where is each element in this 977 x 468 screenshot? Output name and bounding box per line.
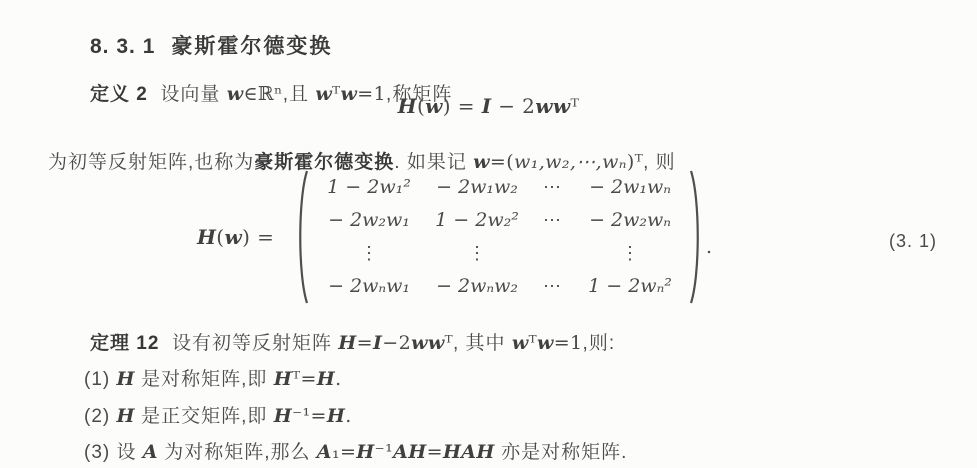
text-segment: ᵀ [571,94,580,118]
theorem-item-2: (2) H 是正交矩阵,即 H⁻¹=H. [84,404,352,429]
matrix-grid: 1 − 2w₁²− 2w₁w₂⋯− 2w₁wₙ− 2w₂w₁1 − 2w₂²⋯−… [309,171,689,303]
text-segment: = [311,405,327,427]
text-segment: ) = [242,225,281,249]
text-segment: − 2 [491,94,535,118]
text-segment: 亦是对称矩阵. [495,442,628,463]
text-segment: =1 [554,332,583,354]
text-segment: HAH [443,441,495,463]
text-segment: H [356,441,374,463]
section-heading: 8. 3. 1豪斯霍尔德变换 [90,30,332,60]
text-segment: ,则: [583,333,616,354]
text-segment: 是对称矩阵,即 [135,369,274,390]
text-segment: A [143,441,158,463]
matrix-cell: ⋯ [543,204,561,237]
matrix-cell: − 2w₂w₁ [328,204,410,237]
text-segment: ) = [443,94,482,118]
theorem-item-1: (1) H 是对称矩阵,即 Hᵀ=H. [84,367,342,392]
matrix-cell: − 2w₂wₙ [589,204,671,237]
text-segment: H [398,94,417,118]
matrix-cell: ⋮ [360,237,378,270]
text-segment: ( [216,225,224,249]
text-segment: H [117,405,135,427]
definition-equation: H(w) = I − 2wwᵀ [0,94,977,119]
text-segment: = [340,441,356,463]
text-segment: (1) [84,369,117,390]
text-segment: H [274,405,292,427]
text-segment: . [335,368,341,390]
section-number: 8. 3. 1 [90,35,155,58]
section-title: 豪斯霍尔德变换 [171,35,332,58]
text-segment: I [482,94,492,118]
text-segment: w [225,225,243,249]
equation-number: (3. 1) [889,231,937,252]
matrix-cell: − 2w₁w₂ [436,171,518,204]
matrix-cell: 1 − 2w₁² [327,171,411,204]
text-segment: ww [411,332,445,354]
text-segment: ₁ [332,441,340,463]
text-segment: = [357,332,373,354]
text-segment: ww [535,94,570,118]
text-segment: = [300,368,316,390]
text-segment: w [425,94,443,118]
text-segment: = [427,441,443,463]
matrix-lhs: H(w) = [197,225,281,250]
matrix-right-paren-shape [689,169,703,305]
theorem-item-3: (3) 设 A 为对称矩阵,那么 A₁=H⁻¹AH=HAH 亦是对称矩阵. [84,440,627,465]
matrix-cell: − 2wₙw₁ [328,270,410,303]
matrix-cell: 1 − 2wₙ² [588,270,672,303]
text-segment: 为对称矩阵,那么 [158,442,317,463]
text-segment: −2 [382,332,411,354]
text-segment: 设有初等反射矩阵 [159,333,338,354]
text-segment: . [345,405,351,427]
text-segment: ⁻¹ [375,441,393,463]
text-segment: H [117,368,135,390]
text-segment: (2) [84,406,117,427]
matrix-cell: ⋯ [543,171,561,204]
matrix-cell: − 2wₙw₂ [436,270,518,303]
text-segment: w [537,332,554,354]
matrix-cell: 1 − 2w₂² [435,204,519,237]
text-segment: w [512,332,529,354]
text-segment: H [327,405,345,427]
text-segment: H [338,332,356,354]
theorem-line: 定理 12 设有初等反射矩阵 H=I−2wwᵀ, 其中 wᵀw=1,则: [90,331,615,356]
text-segment: , 其中 [453,333,512,354]
text-segment: ⁻¹ [292,405,310,427]
text-segment: I [373,332,382,354]
text-segment: 是正交矩阵,即 [135,406,274,427]
text-segment: AH [393,441,427,463]
text-segment: H [317,368,335,390]
text-segment: ᵀ [529,332,537,354]
matrix-equation: H(w) = 1 − 2w₁²− 2w₁w₂⋯− 2w₁wₙ− 2w₂w₁1 −… [197,169,712,305]
matrix-cell: ⋮ [468,237,486,270]
text-segment: H [274,368,292,390]
matrix-cell: − 2w₁wₙ [589,171,671,204]
text-segment: A [317,441,332,463]
matrix-cell: ⋮ [621,237,639,270]
text-segment: (3) 设 [84,442,143,463]
textbook-page: 8. 3. 1豪斯霍尔德变换 定义 2 设向量 w∈ℝⁿ,且 wᵀw=1,称矩阵… [0,0,977,468]
text-segment: H [197,225,216,249]
equation-period: . [706,236,712,258]
text-segment: ᵀ [445,332,453,354]
matrix-cell: ⋯ [543,270,561,303]
text-segment: 定理 12 [90,333,159,354]
text-segment: ( [417,94,425,118]
matrix-left-paren-shape [295,169,309,305]
